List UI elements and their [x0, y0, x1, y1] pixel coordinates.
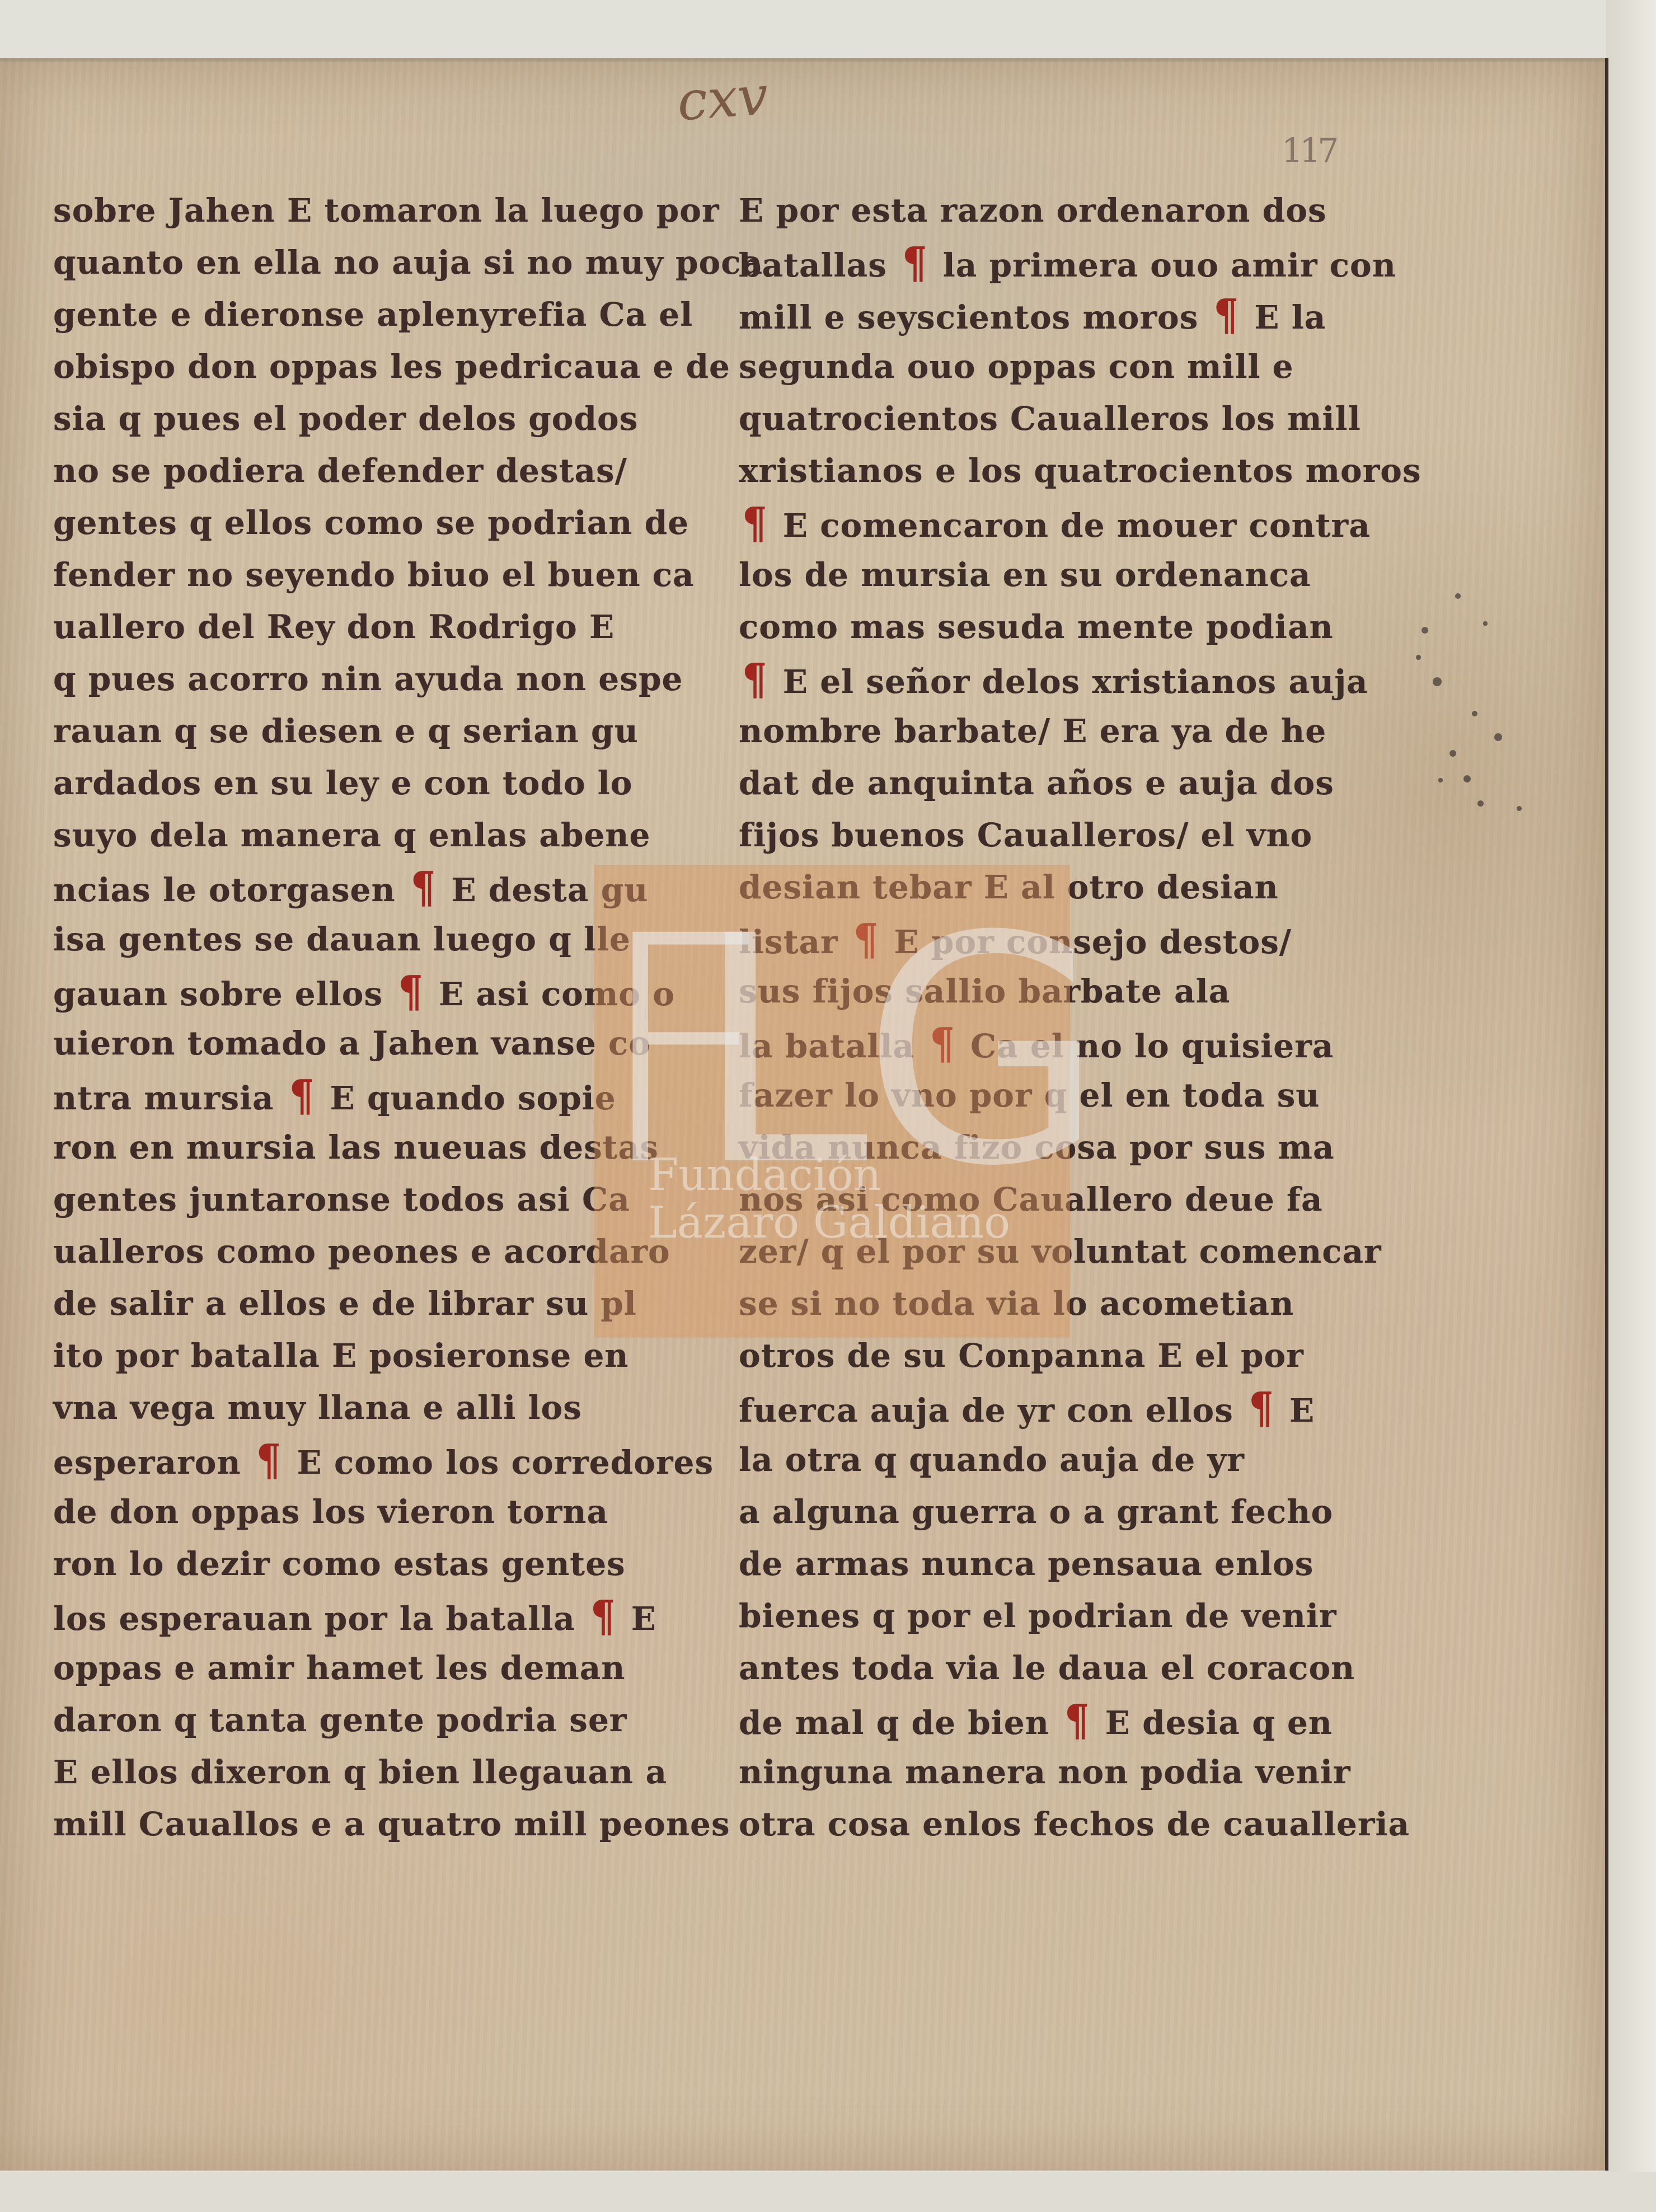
scan-background-right: [1606, 0, 1656, 2212]
manuscript-line: dat de anquinta años e auja dos: [739, 757, 1382, 809]
corner-page-mark: 117: [1282, 132, 1336, 171]
leaf-top-edge: [0, 58, 1605, 62]
watermark-text-line2: Lázaro Galdiano: [648, 1198, 1010, 1248]
manuscript-line: los esperauan por la batalla ¶ E: [53, 1590, 697, 1642]
manuscript-line: no se podiera defender destas/: [53, 445, 697, 497]
manuscript-line: E por esta razon ordenaron dos: [739, 185, 1382, 237]
manuscript-line: segunda ouo oppas con mill e: [739, 341, 1382, 393]
manuscript-line: la otra q quando auja de yr: [739, 1434, 1382, 1486]
manuscript-line: de mal q de bien ¶ E desia q en: [739, 1694, 1382, 1746]
rubric-pilcrow-icon: ¶: [411, 859, 437, 916]
manuscript-line: fijos buenos Caualleros/ el vno: [739, 809, 1382, 861]
scan-background-top: [0, 0, 1656, 59]
watermark-logo-g: G: [862, 896, 1105, 1209]
manuscript-line: fuerca auja de yr con ellos ¶ E: [739, 1382, 1382, 1434]
manuscript-line: q pues acorro nin ayuda non espe: [53, 653, 697, 705]
manuscript-line: E ellos dixeron q bien llegauan a: [53, 1746, 697, 1798]
manuscript-line: rauan q se diesen e q serian gu: [53, 705, 697, 757]
manuscript-line: ¶ E comencaron de mouer contra: [739, 497, 1382, 549]
manuscript-line: fender no seyendo biuo el buen ca: [53, 549, 697, 601]
manuscript-line: bienes q por el podrian de venir: [739, 1590, 1382, 1642]
rubric-pilcrow-icon: ¶: [1249, 1379, 1274, 1436]
manuscript-line: ninguna manera non podia venir: [739, 1746, 1382, 1798]
manuscript-line: obispo don oppas les pedricaua e de: [53, 341, 697, 393]
manuscript-line: daron q tanta gente podria ser: [53, 1694, 697, 1746]
scan-background-bottom: [0, 2172, 1656, 2212]
ink-stain-cluster: [1399, 588, 1539, 840]
manuscript-line: nombre barbate/ E era ya de he: [739, 705, 1382, 757]
manuscript-line: quanto en ella no auja si no muy poca: [53, 237, 697, 289]
manuscript-line: a alguna guerra o a grant fecho: [739, 1486, 1382, 1538]
manuscript-line: ardados en su ley e con todo lo: [53, 757, 697, 809]
manuscript-line: uallero del Rey don Rodrigo E: [53, 601, 697, 653]
rubric-pilcrow-icon: ¶: [742, 494, 768, 551]
manuscript-line: oppas e amir hamet les deman: [53, 1642, 697, 1694]
rubric-pilcrow-icon: ¶: [1064, 1691, 1090, 1749]
manuscript-line: otra cosa enlos fechos de caualleria: [739, 1798, 1382, 1850]
manuscript-line: antes toda via le daua el coracon: [739, 1642, 1382, 1694]
manuscript-line: sobre Jahen E tomaron la luego por: [53, 185, 697, 237]
manuscript-line: sia q pues el poder delos godos: [53, 393, 697, 445]
manuscript-line: xristianos e los quatrocientos moros: [739, 445, 1382, 497]
watermark-text-line1: Fundación: [648, 1150, 881, 1201]
manuscript-line: vna vega muy llana e alli los: [53, 1382, 697, 1434]
rubric-pilcrow-icon: ¶: [902, 234, 928, 291]
manuscript-line: gentes q ellos como se podrian de: [53, 497, 697, 549]
foliation-number: cxv: [675, 64, 770, 133]
rubric-pilcrow-icon: ¶: [256, 1431, 282, 1488]
rubric-pilcrow-icon: ¶: [1214, 286, 1240, 343]
manuscript-line: de armas nunca pensaua enlos: [739, 1538, 1382, 1590]
rubric-pilcrow-icon: ¶: [289, 1067, 315, 1124]
rubric-pilcrow-icon: ¶: [742, 650, 768, 707]
manuscript-line: gente e dieronse aplenyrefia Ca el: [53, 289, 697, 341]
rubric-pilcrow-icon: ¶: [398, 963, 424, 1020]
manuscript-line: de don oppas los vieron torna: [53, 1486, 697, 1538]
manuscript-line: esperaron ¶ E como los corredores: [53, 1434, 697, 1486]
manuscript-line: como mas sesuda mente podian: [739, 601, 1382, 653]
manuscript-line: mill Cauallos e a quatro mill peones: [53, 1798, 697, 1850]
rubric-pilcrow-icon: ¶: [590, 1587, 616, 1644]
manuscript-line: mill e seyscientos moros ¶ E la: [739, 289, 1382, 341]
manuscript-line: ¶ E el señor delos xristianos auja: [739, 653, 1382, 705]
manuscript-line: quatrocientos Caualleros los mill: [739, 393, 1382, 445]
manuscript-line: suyo dela manera q enlas abene: [53, 809, 697, 861]
manuscript-line: ron lo dezir como estas gentes: [53, 1538, 697, 1590]
manuscript-line: batallas ¶ la primera ouo amir con: [739, 237, 1382, 289]
manuscript-line: los de mursia en su ordenanca: [739, 549, 1382, 601]
